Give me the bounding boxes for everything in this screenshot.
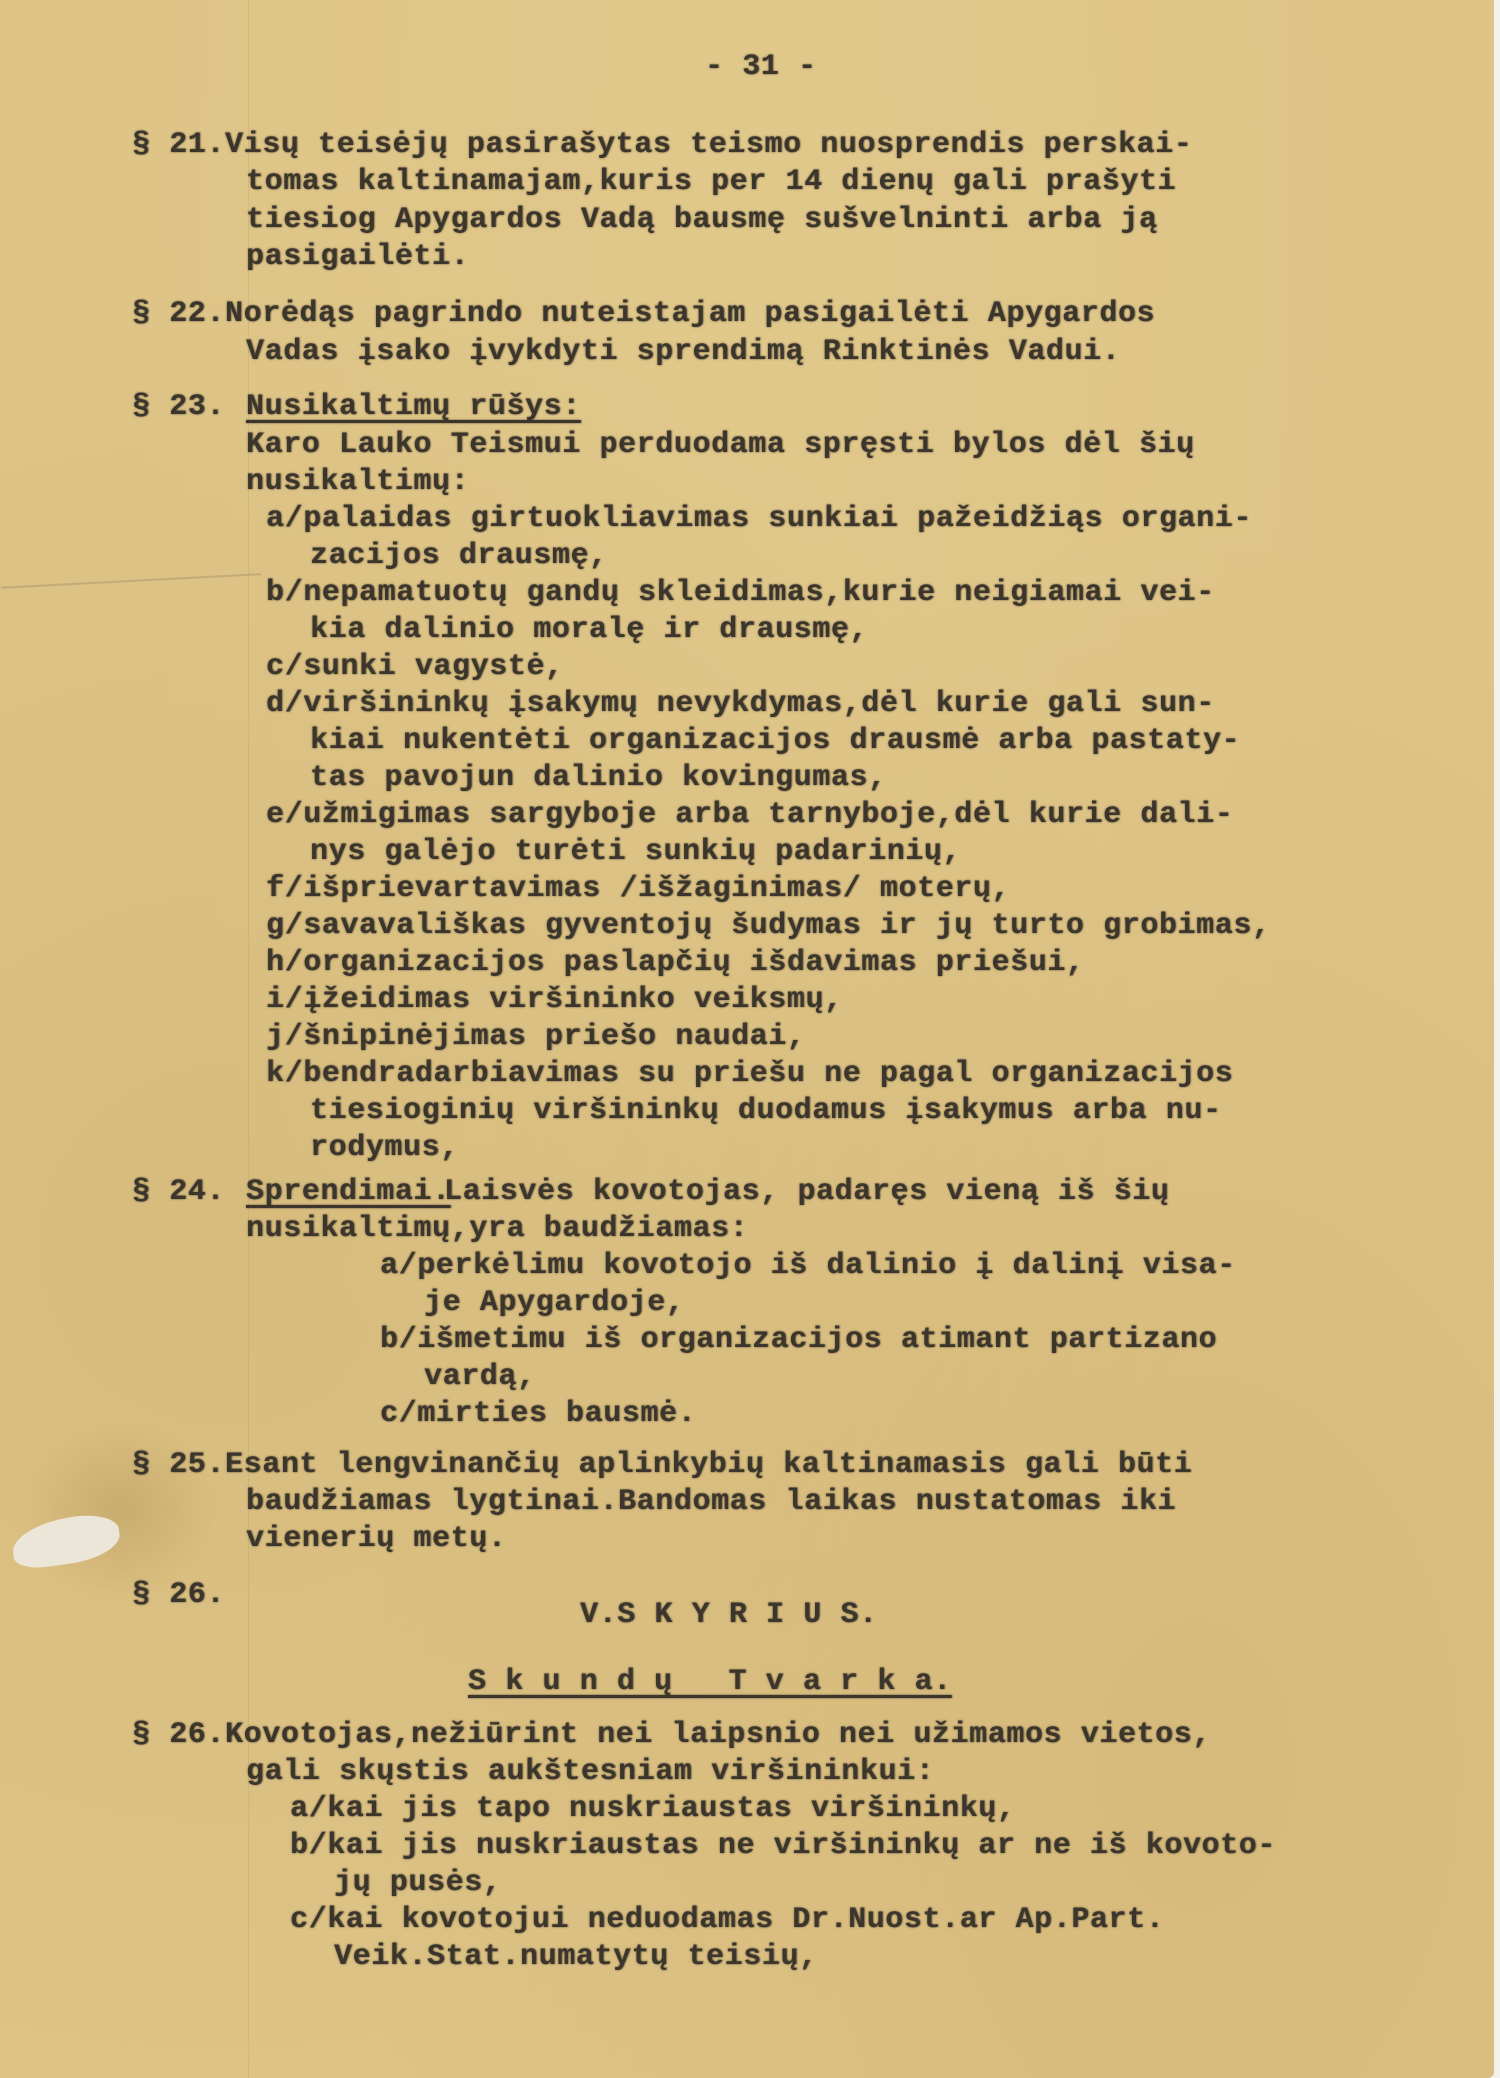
offense-item: k/bendradarbiavimas su priešu ne pagal o… [266,1057,1233,1091]
section-23-intro-2: nusikaltimų: [246,465,469,499]
section-25-line-2: baudžiamas lygtinai.Bandomas laikas nust… [246,1485,1176,1519]
offense-item: f/išprievartavimas /išžaginimas/ moterų, [266,872,1010,906]
offense-item: b/nepamatuotų gandų skleidimas,kurie nei… [266,576,1215,610]
section-26-stub: § 26. [132,1578,225,1612]
offense-item: h/organizacijos paslapčių išdavimas prie… [266,946,1085,980]
sentence-item: c/mirties bausmė. [380,1397,696,1431]
section-24-intro-2: nusikaltimų,yra baudžiamas: [246,1212,748,1246]
section-23-number: § 23. [132,390,225,424]
complaint-item: Veik.Stat.numatytų teisių, [334,1940,818,1974]
section-22-line-1: § 22.Norėdąs pagrindo nuteistajam pasiga… [132,297,1155,331]
paper-stain [20,1420,220,1600]
offense-item: nys galėjo turėti sunkių padarinių, [310,835,961,869]
offense-item: zacijos drausmę, [310,539,608,573]
offense-item: tiesioginių viršininkų duodamus įsakymus… [310,1094,1222,1128]
offense-item: kia dalinio moralę ir drausmę, [310,613,868,647]
section-24-heading: Sprendimai. [246,1175,451,1209]
offense-item: d/viršininkų įsakymų nevykdymas,dėl kuri… [266,687,1215,721]
offense-item: i/įžeidimas viršininko veiksmų, [266,983,843,1017]
offense-item: g/savavališkas gyventojų šudymas ir jų t… [266,909,1271,943]
section-26-line-2: gali skųstis aukštesniam viršininkui: [246,1755,934,1789]
paper-crease [0,533,261,589]
sentence-item: je Apygardoje, [424,1286,684,1320]
chapter-subtitle: S k u n d ų T v a r k a. [468,1665,952,1699]
section-24-intro: Laisvės kovotojas, padaręs vieną iš šių [444,1175,1170,1209]
section-21-line-2: tomas kaltinamajam,kuris per 14 dienų ga… [246,165,1176,199]
section-21-line-1: § 21.Visų teisėjų pasirašytas teismo nuo… [132,128,1192,162]
sentence-item: vardą, [424,1360,536,1394]
offense-item: kiai nukentėti organizacijos drausmė arb… [310,724,1240,758]
page-number: - 31 - [705,50,817,84]
sentence-item: a/perkėlimu kovotojo iš dalinio į dalinį… [380,1249,1236,1283]
sentence-item: b/išmetimu iš organizacijos atimant part… [380,1323,1217,1357]
offense-item: a/palaidas girtuokliavimas sunkiai pažei… [266,502,1252,536]
complaint-item: c/kai kovotojui neduodamas Dr.Nuost.ar A… [290,1903,1164,1937]
section-23-intro-1: Karo Lauko Teismui perduodama spręsti by… [246,428,1195,462]
section-25-line-1: § 25.Esant lengvinančių aplinkybių kalti… [132,1448,1192,1482]
offense-item: e/užmigimas sargyboje arba tarnyboje,dėl… [266,798,1233,832]
chapter-title: V.S K Y R I U S. [580,1598,878,1632]
section-21-line-4: pasigailėti. [246,240,469,274]
offense-item: rodymus, [310,1131,459,1165]
complaint-item: a/kai jis tapo nuskriaustas viršininkų, [290,1792,1016,1826]
section-24-number: § 24. [132,1175,225,1209]
section-26-line-1: § 26.Kovotojas,nežiūrint nei laipsnio ne… [132,1718,1211,1752]
complaint-item: jų pusės, [334,1866,501,1900]
offense-item: c/sunki vagystė, [266,650,564,684]
section-21-line-3: tiesiog Apygardos Vadą bausmę sušvelnint… [246,203,1158,237]
offense-item: tas pavojun dalinio kovingumas, [310,761,887,795]
section-22-line-2: Vadas įsako įvykdyti sprendimą Rinktinės… [246,335,1120,369]
section-25-line-3: vienerių metų. [246,1522,506,1556]
complaint-item: b/kai jis nuskriaustas ne viršininkų ar … [290,1829,1276,1863]
section-23-heading: Nusikaltimų rūšys: [246,390,581,424]
offense-item: j/šnipinėjimas priešo naudai, [266,1020,806,1054]
